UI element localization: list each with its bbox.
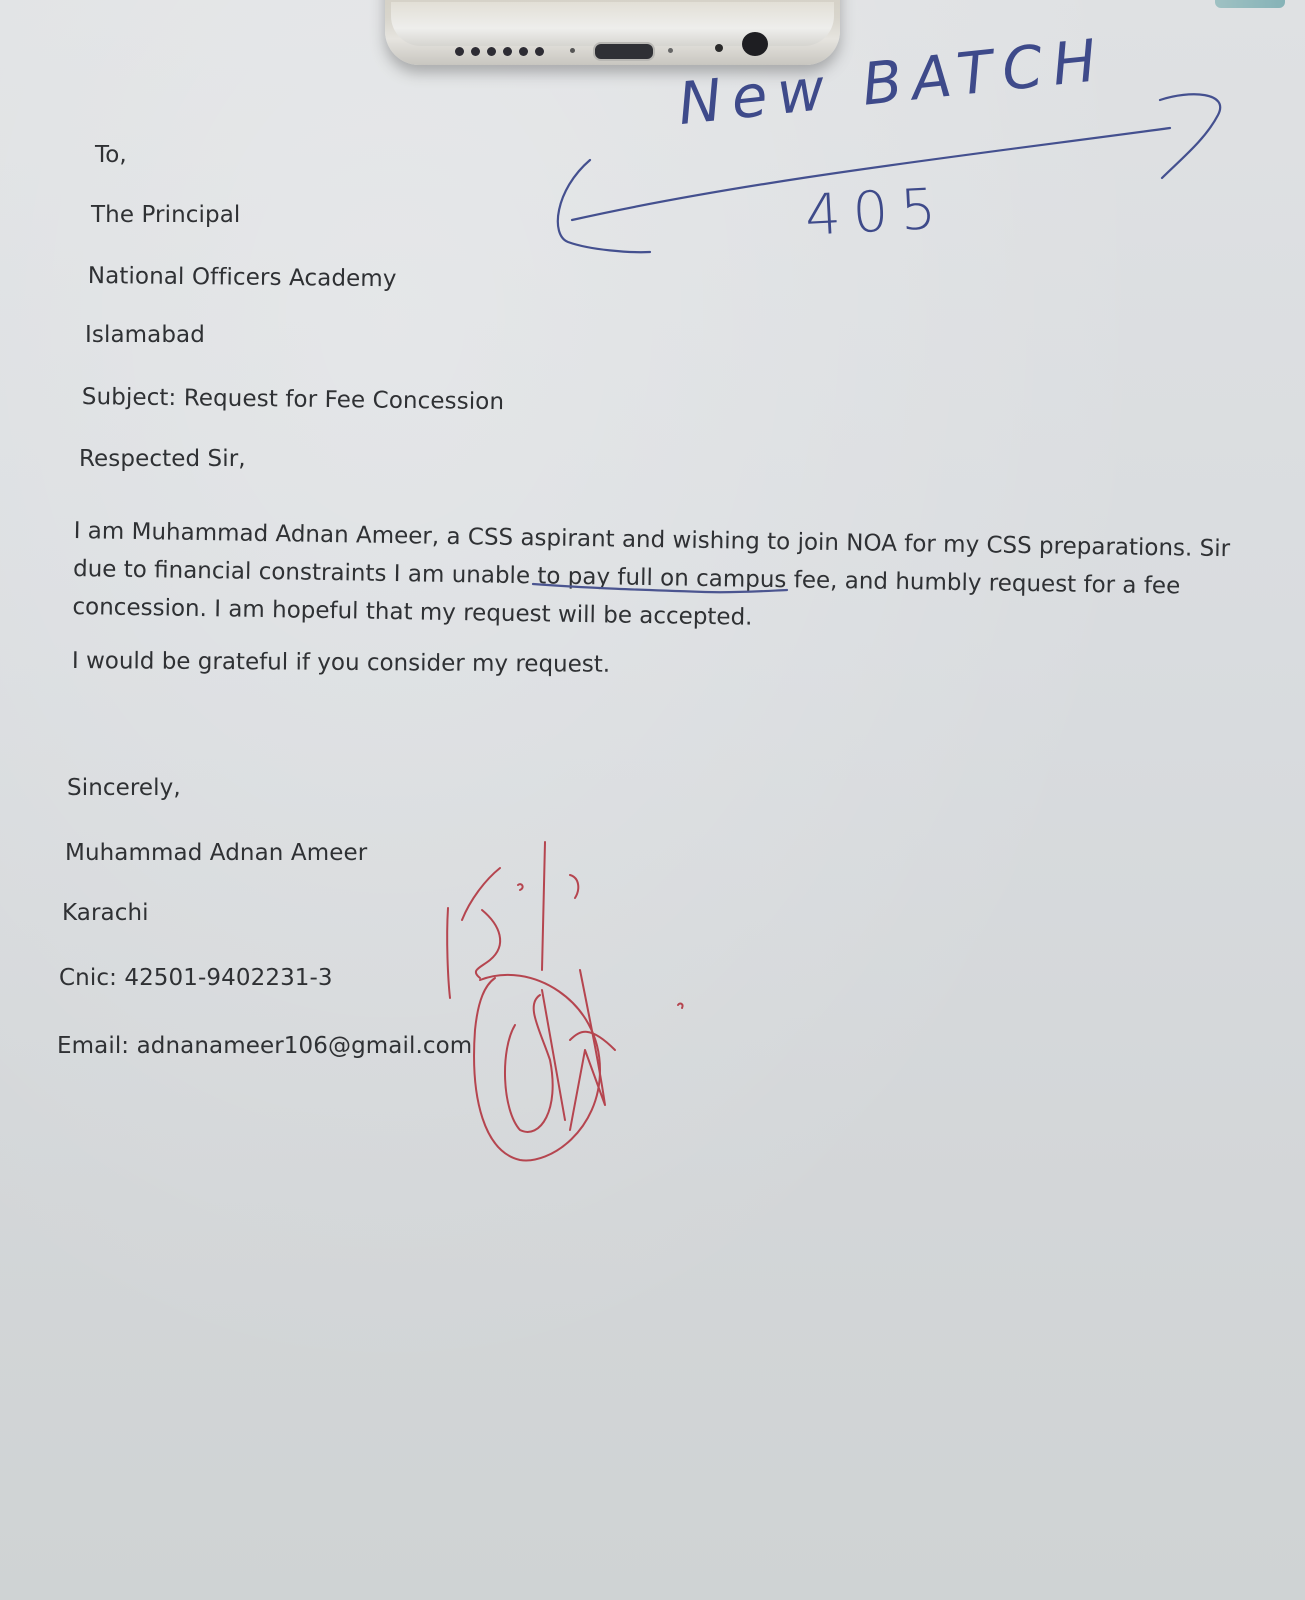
signature-mark — [430, 830, 700, 1170]
sender-city: Karachi — [62, 900, 149, 926]
sender-email: Email: adnanameer106@gmail.com — [57, 1033, 472, 1059]
recipient-title: The Principal — [91, 202, 240, 228]
mic-hole-icon — [715, 44, 723, 52]
salutation-to: To, — [95, 142, 127, 168]
greeting: Respected Sir, — [79, 446, 246, 472]
subject-line: Subject: Request for Fee Concession — [82, 384, 505, 415]
headphone-jack-icon — [742, 32, 768, 56]
recipient-organization: National Officers Academy — [88, 263, 397, 292]
pen-underline-mark — [525, 574, 795, 602]
phone-rim — [391, 2, 834, 46]
batch-number: 405 — [803, 176, 949, 248]
recipient-city: Islamabad — [85, 322, 205, 348]
microphone-icon — [570, 48, 575, 53]
sender-cnic: Cnic: 42501-9402231-3 — [59, 965, 333, 991]
screw-icon — [668, 48, 673, 53]
speaker-grille-icon — [455, 47, 544, 56]
sender-name: Muhammad Adnan Ameer — [65, 840, 367, 866]
closing-line: I would be grateful if you consider my r… — [72, 648, 610, 678]
phone-object — [385, 0, 840, 65]
signoff: Sincerely, — [67, 775, 181, 801]
handwritten-annotation: New BATCH 405 — [550, 60, 1250, 280]
corner-object — [1215, 0, 1285, 8]
charging-port-icon — [593, 42, 655, 61]
